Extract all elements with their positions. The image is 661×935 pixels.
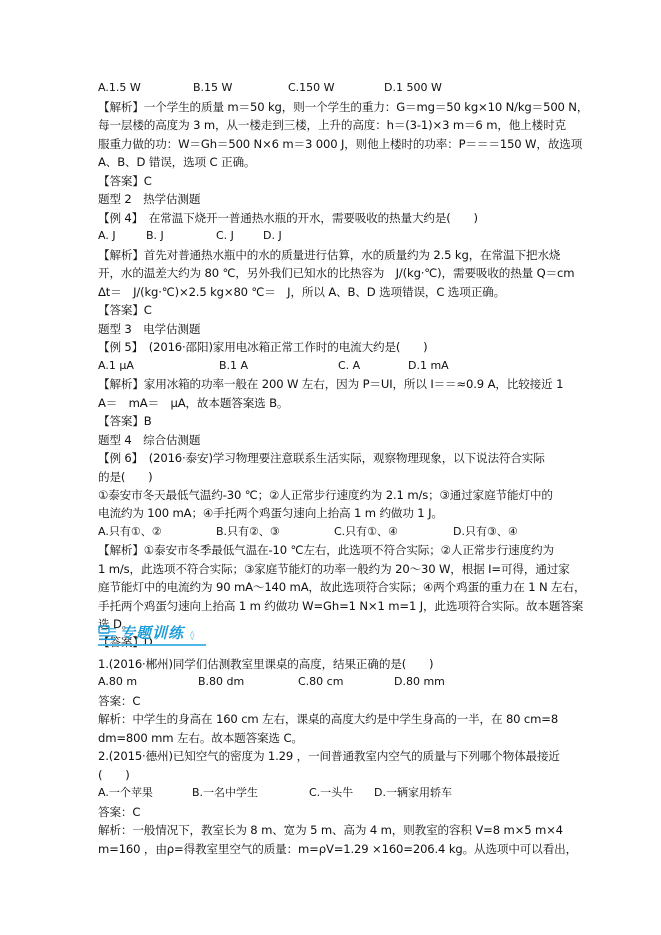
text-line: dm=800 mm 左右。故本题答案选 C。 — [98, 730, 578, 746]
text-line: 【答案】C — [98, 302, 578, 318]
text-line: 【解析】①泰安市冬季最低气温在-10 ℃左右，此选项不符合实际；②人正常步行速度… — [98, 542, 578, 558]
answer-option: D.一辆家用轿车 — [374, 785, 452, 801]
text-line: 解析：中学生的身高在 160 cm 左右，课桌的高度大约是中学生身高的一半，在 … — [98, 711, 578, 727]
answer-option: C. A — [338, 358, 360, 374]
text-line: 2.(2015·德州)已知空气的密度为 1.29 ，一间普通教室内空气的质量与下… — [98, 748, 578, 764]
text-line: 【解析】一个学生的质量 m＝50 kg，则一个学生的重力：G＝mg＝50 kg×… — [98, 99, 578, 115]
answer-option: C.150 W — [288, 80, 335, 96]
document-page: A.1.5 WB.15 WC.150 WD.1 500 W【解析】一个学生的质量… — [0, 0, 661, 935]
text-line: Δt＝ J/(kg·℃)×2.5 kg×80 ℃＝ J，所以 A、B、D 选项错… — [98, 284, 578, 300]
text-line: m=160 ，由ρ=得教室里空气的质量：m=ρV=1.29 ×160=206.4… — [98, 841, 578, 857]
answer-option: D.只有③、④ — [453, 524, 518, 540]
answer-option: A.只有①、② — [98, 524, 162, 540]
text-line: 题型 4 综合估测题 — [98, 432, 578, 448]
text-line: 电流约为 100 mA；④手托两个鸡蛋匀速向上抬高 1 m 约做功 1 J。 — [98, 505, 578, 521]
text-line: A、B、D 错误，选项 C 正确。 — [98, 154, 578, 170]
answer-option: D.1 mA — [408, 358, 449, 374]
text-line: 开，水的温差大约为 80 ℃，另外我们已知水的比热容为 J/(kg·℃)，需要吸… — [98, 265, 578, 281]
section-heading-title: 专题训练 — [120, 622, 184, 644]
text-line: ( ) — [98, 767, 578, 783]
text-line: 答案：C — [98, 804, 578, 820]
answer-option: A.一个苹果 — [98, 785, 153, 801]
text-line: 手托两个鸡蛋匀速向上抬高 1 m 约做功 W=Gh=1 N×1 m=1 J，此选… — [98, 598, 578, 614]
answer-option: C.80 cm — [298, 674, 343, 690]
text-line: 题型 3 电学估测题 — [98, 321, 578, 337]
text-line: 1.(2016·郴州)同学们估测教室里课桌的高度，结果正确的是( ) — [98, 656, 578, 672]
text-line: 【答案】B — [98, 413, 578, 429]
answer-option: A.1.5 W — [98, 80, 141, 96]
answer-option: D.80 mm — [394, 674, 445, 690]
text-line: 服重力做的功：W＝Gh＝500 N×6 m＝3 000 J，则他上楼时的功率：P… — [98, 136, 578, 152]
heading-underline — [98, 644, 206, 646]
answer-option: A.80 m — [98, 674, 137, 690]
answer-option: A.1 μA — [98, 358, 134, 374]
section-heading: 专题训练 ◊ — [98, 622, 318, 648]
text-line: 题型 2 热学估测题 — [98, 191, 578, 207]
text-line: 答案：C — [98, 693, 578, 709]
text-line: 【例 6】 (2016·泰安)学习物理要注意联系生活实际，观察物理现象，以下说法… — [98, 450, 578, 466]
text-line: A＝ mA＝ μA，故本题答案选 B。 — [98, 395, 578, 411]
text-line: 【解析】首先对普通热水瓶中的水的质量进行估算，水的质量约为 2.5 kg，在常温… — [98, 247, 578, 263]
answer-option: B.一名中学生 — [192, 785, 258, 801]
text-line: 【例 4】 在常温下烧开一普通热水瓶的开水，需要吸收的热量大约是( ) — [98, 210, 578, 226]
text-line: 【例 5】 (2016·邵阳)家用电冰箱正常工作时的电流大约是( ) — [98, 339, 578, 355]
text-line: ①泰安市冬天最低气温约-30 ℃；②人正常步行速度约为 2.1 m/s；③通过家… — [98, 487, 578, 503]
text-line: 的是( ) — [98, 469, 578, 485]
answer-option: B. J — [146, 228, 164, 244]
text-line: 解析：一般情况下，教室长为 8 m、宽为 5 m、高为 4 m，则教室的容积 V… — [98, 822, 578, 838]
answer-option: C. J — [216, 228, 234, 244]
answer-option: B.80 dm — [198, 674, 244, 690]
answer-option: B.15 W — [193, 80, 232, 96]
answer-option: C.一头牛 — [309, 785, 353, 801]
text-line: 每一层楼的高度为 3 m，从一楼走到三楼，上升的高度：h＝(3-1)×3 m＝6… — [98, 117, 578, 133]
answer-option: C.只有①、④ — [334, 524, 398, 540]
diamond-decoration-icon: ◊ — [190, 631, 194, 641]
answer-option: A. J — [98, 228, 116, 244]
text-line: 1 m/s，此选项不符合实际；③家庭节能灯的功率一般约为 20～30 W，根据 … — [98, 561, 578, 577]
answer-option: D. J — [263, 228, 282, 244]
answer-option: D.1 500 W — [384, 80, 442, 96]
answer-option: B.1 A — [219, 358, 248, 374]
text-line: 【解析】家用冰箱的功率一般在 200 W 左右，因为 P＝UI，所以 I＝＝≈0… — [98, 376, 578, 392]
notebook-icon — [98, 625, 117, 641]
text-line: 【答案】C — [98, 173, 578, 189]
text-line: 庭节能灯中的电流约为 90 mA～140 mA，故此选项符合实际；④两个鸡蛋的重… — [98, 579, 578, 595]
answer-option: B.只有②、③ — [216, 524, 280, 540]
